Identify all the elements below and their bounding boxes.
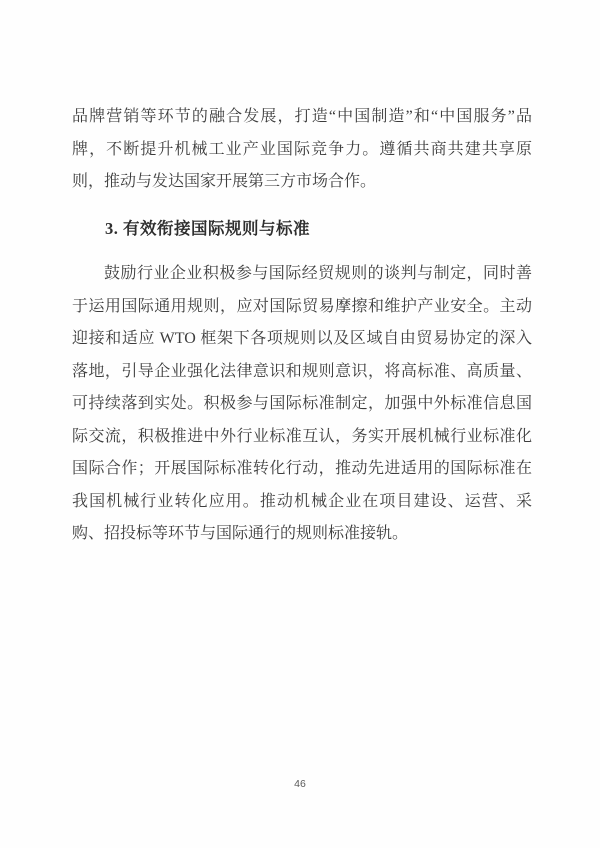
- document-page: 品牌营销等环节的融合发展，打造“中国制造”和“中国服务”品牌，不断提升机械工业产…: [0, 0, 600, 848]
- page-number: 46: [0, 778, 600, 790]
- page-content: 品牌营销等环节的融合发展，打造“中国制造”和“中国服务”品牌，不断提升机械工业产…: [72, 101, 532, 551]
- paragraph-continuation: 品牌营销等环节的融合发展，打造“中国制造”和“中国服务”品牌，不断提升机械工业产…: [72, 101, 532, 199]
- paragraph-body: 鼓励行业企业积极参与国际经贸规则的谈判与制定，同时善于运用国际通用规则，应对国际…: [72, 258, 532, 551]
- section-heading: 3. 有效衔接国际规则与标准: [72, 213, 532, 246]
